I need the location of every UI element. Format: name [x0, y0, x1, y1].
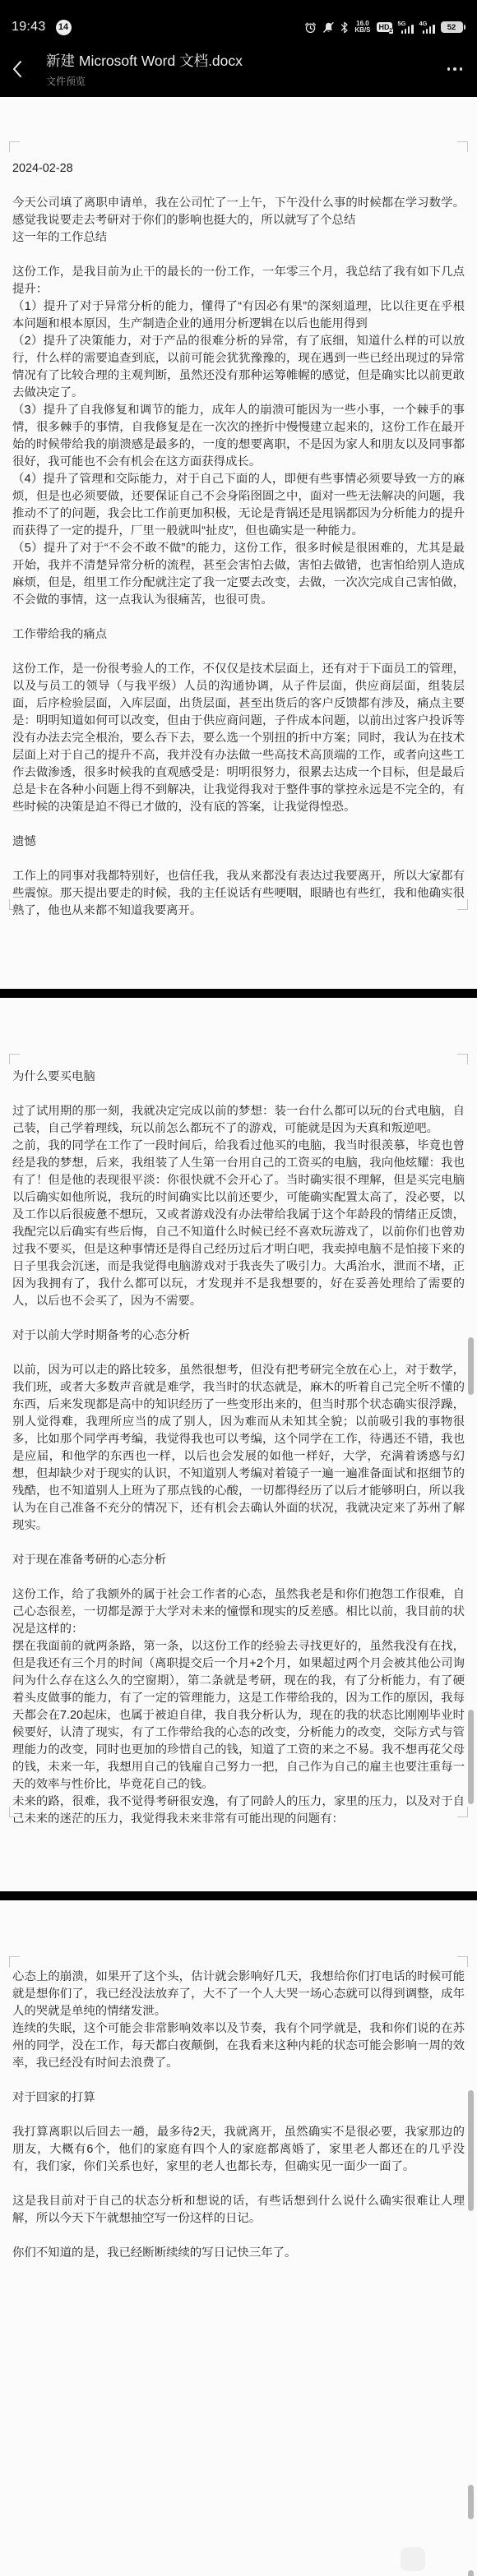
- paragraph: 工作上的同事对我都特别好，也信任我，我从来都没有表达过我要离开，所以大家都有些震…: [12, 868, 465, 920]
- page-separator: [0, 1891, 477, 1900]
- section-heading: 为什么要买电脑: [12, 1069, 465, 1086]
- scrollbar-thumb[interactable]: [468, 1710, 474, 1804]
- corner-mark: [9, 1807, 20, 1817]
- section-heading: 对于现在准备考研的心态分析: [12, 1552, 465, 1569]
- scrollbar-thumb[interactable]: [468, 1337, 474, 1395]
- back-chevron-icon: [12, 60, 22, 78]
- battery-icon: 52: [441, 21, 466, 33]
- paragraph: 这份工作，给了我额外的属于社会工作者的心态，虽然我老是和你们抱怨工作很难，自己心…: [12, 1586, 465, 1638]
- corner-mark: [457, 1807, 468, 1817]
- paragraph: （3）提升了自我修复和调节的能力，成年人的崩溃可能因为一些小事，一个棘手的事情，…: [12, 402, 465, 471]
- sim1-signal-icon: 5G: [398, 21, 414, 34]
- document-subtitle: 文件预览: [46, 74, 446, 88]
- paragraph: 连续的失眠，这个可能会非常影响效率以及节奏，我有个同学就是，我和你们说的在苏州的…: [12, 2020, 465, 2072]
- paragraph: 这一年的工作总结: [12, 229, 465, 247]
- more-dots-icon: [447, 67, 451, 71]
- scrollbar-thumb[interactable]: [468, 2090, 474, 2211]
- scrollbar-thumb[interactable]: [468, 2570, 474, 2576]
- corner-mark: [457, 1054, 468, 1064]
- volte-hd-icon: HD2: [377, 22, 392, 32]
- document-page-3: 心态上的崩溃，如果开了这个头，估计就会影响好几天，我想给你们打电话的时候可能就是…: [0, 1900, 477, 2576]
- page-content: 心态上的崩溃，如果开了这个头，估计就会影响好几天，我想给你们打电话的时候可能就是…: [12, 1969, 465, 2262]
- paragraph: 摆在我面前的就两条路，第一条，以这份工作的经验去寻找更好的，虽然我没有在找，但是…: [12, 1638, 465, 1794]
- paragraph: 这是我目前对于自己的状态分析和想说的话，有些话想到什么说什么确实很难让人理解，所…: [12, 2193, 465, 2227]
- phone-screen: 19:43 14: [0, 0, 477, 2576]
- page-separator: [0, 989, 477, 998]
- document-page-1: 2024-02-28今天公司填了离职申请单，我在公司忙了一上午，下午没什么事的时…: [0, 97, 477, 989]
- date-line: 2024-02-28: [12, 160, 465, 178]
- paragraph: 这份工作，是我目前为止干的最长的一份工作，一年零三个月，我总结了我有如下几点提升…: [12, 264, 465, 298]
- alarm-icon: [304, 21, 317, 34]
- network-speed-indicator: 16.0 KB/S: [354, 21, 370, 34]
- section-heading: 对于以前大学时期备考的心态分析: [12, 1327, 465, 1345]
- corner-mark: [9, 899, 20, 910]
- paragraph: （5）提升了对于“不会不敢不做”的能力，这份工作，很多时候是很困难的，尤其是最开…: [12, 540, 465, 609]
- clock-time: 19:43: [12, 20, 46, 35]
- paragraph: （1）提升了对于异常分析的能力，懂得了“有因必有果”的深刻道理，比以往更在乎根本…: [12, 298, 465, 333]
- notification-count-badge: 14: [56, 20, 72, 35]
- paragraph: 你们不知道的是，我已经断断续续的写日记快三年了。: [12, 2245, 465, 2262]
- paragraph: 这份工作，是一份很考验人的工作，不仅仅是技术层面上，还有对于下面员工的管理，以及…: [12, 661, 465, 816]
- paragraph: 我打算离职以后回去一趟，最多待2天，我就离开，虽然确实不是很必要，我家那边的朋友…: [12, 2124, 465, 2176]
- section-heading: 工作带给我的痛点: [12, 626, 465, 644]
- paragraph: （4）提升了管理和交际能力，对于自己下面的人，即便有些事情必须要导致一方的麻烦，…: [12, 471, 465, 540]
- paragraph: 之前，我的同学在工作了一段时间后，给我看过他买的电脑，我当时很羡慕，毕竟也曾经是…: [12, 1138, 465, 1310]
- sim2-signal-icon: 4G: [419, 21, 435, 34]
- paragraph: 过了试用期的那一刻，我就决定完成以前的梦想：装一台什么都可以玩的台式电脑，自己装…: [12, 1103, 465, 1138]
- document-page-2: 为什么要买电脑过了试用期的那一刻，我就决定完成以前的梦想：装一台什么都可以玩的台…: [0, 998, 477, 1891]
- paragraph: 未来的路，很难，我不觉得考研很安逸，有了同龄人的压力，家里的压力，以及对于自己未…: [12, 1794, 465, 1828]
- section-heading: 遗憾: [12, 833, 465, 851]
- document-title: 新建 Microsoft Word 文档.docx: [46, 50, 446, 71]
- paragraph: 心态上的崩溃，如果开了这个头，估计就会影响好几天，我想给你们打电话的时候可能就是…: [12, 1969, 465, 2020]
- page-content: 2024-02-28今天公司填了离职申请单，我在公司忙了一上午，下午没什么事的时…: [12, 160, 465, 920]
- corner-mark: [457, 141, 468, 152]
- corner-mark: [457, 1956, 468, 1967]
- scrollbar-thumb[interactable]: [468, 2485, 474, 2519]
- paragraph: 今天公司填了离职申请单，我在公司忙了一上午，下午没什么事的时候都在学习数学。感觉…: [12, 195, 465, 229]
- bluetooth-icon: [340, 21, 349, 34]
- page-content: 为什么要买电脑过了试用期的那一刻，我就决定完成以前的梦想：装一台什么都可以玩的台…: [12, 1069, 465, 1828]
- floating-widget-ghost: [401, 2547, 425, 2571]
- status-bar: 19:43 14: [0, 0, 477, 46]
- corner-mark: [9, 141, 20, 152]
- section-heading: 对于回家的打算: [12, 2089, 465, 2107]
- app-header: 新建 Microsoft Word 文档.docx 文件预览: [0, 46, 477, 97]
- document-preview: 2024-02-28今天公司填了离职申请单，我在公司忙了一上午，下午没什么事的时…: [0, 97, 477, 2576]
- more-options-button[interactable]: [446, 61, 465, 77]
- mute-bell-slash-icon: [322, 21, 335, 34]
- paragraph: 以前，因为可以走的路比较多，虽然很想考，但没有把考研完全放在心上，对于数学，我们…: [12, 1362, 465, 1535]
- volte-hd-sub: 2: [389, 29, 393, 34]
- paragraph: （2）提升了决策能力，对于产品的很难分析的异常，有了底细，知道什么样的可以放行，…: [12, 333, 465, 402]
- corner-mark: [457, 899, 468, 910]
- corner-mark: [9, 1054, 20, 1064]
- battery-percent: 52: [441, 21, 463, 33]
- back-button[interactable]: [12, 53, 36, 85]
- network-speed-unit: KB/S: [354, 27, 370, 34]
- corner-mark: [9, 1956, 20, 1967]
